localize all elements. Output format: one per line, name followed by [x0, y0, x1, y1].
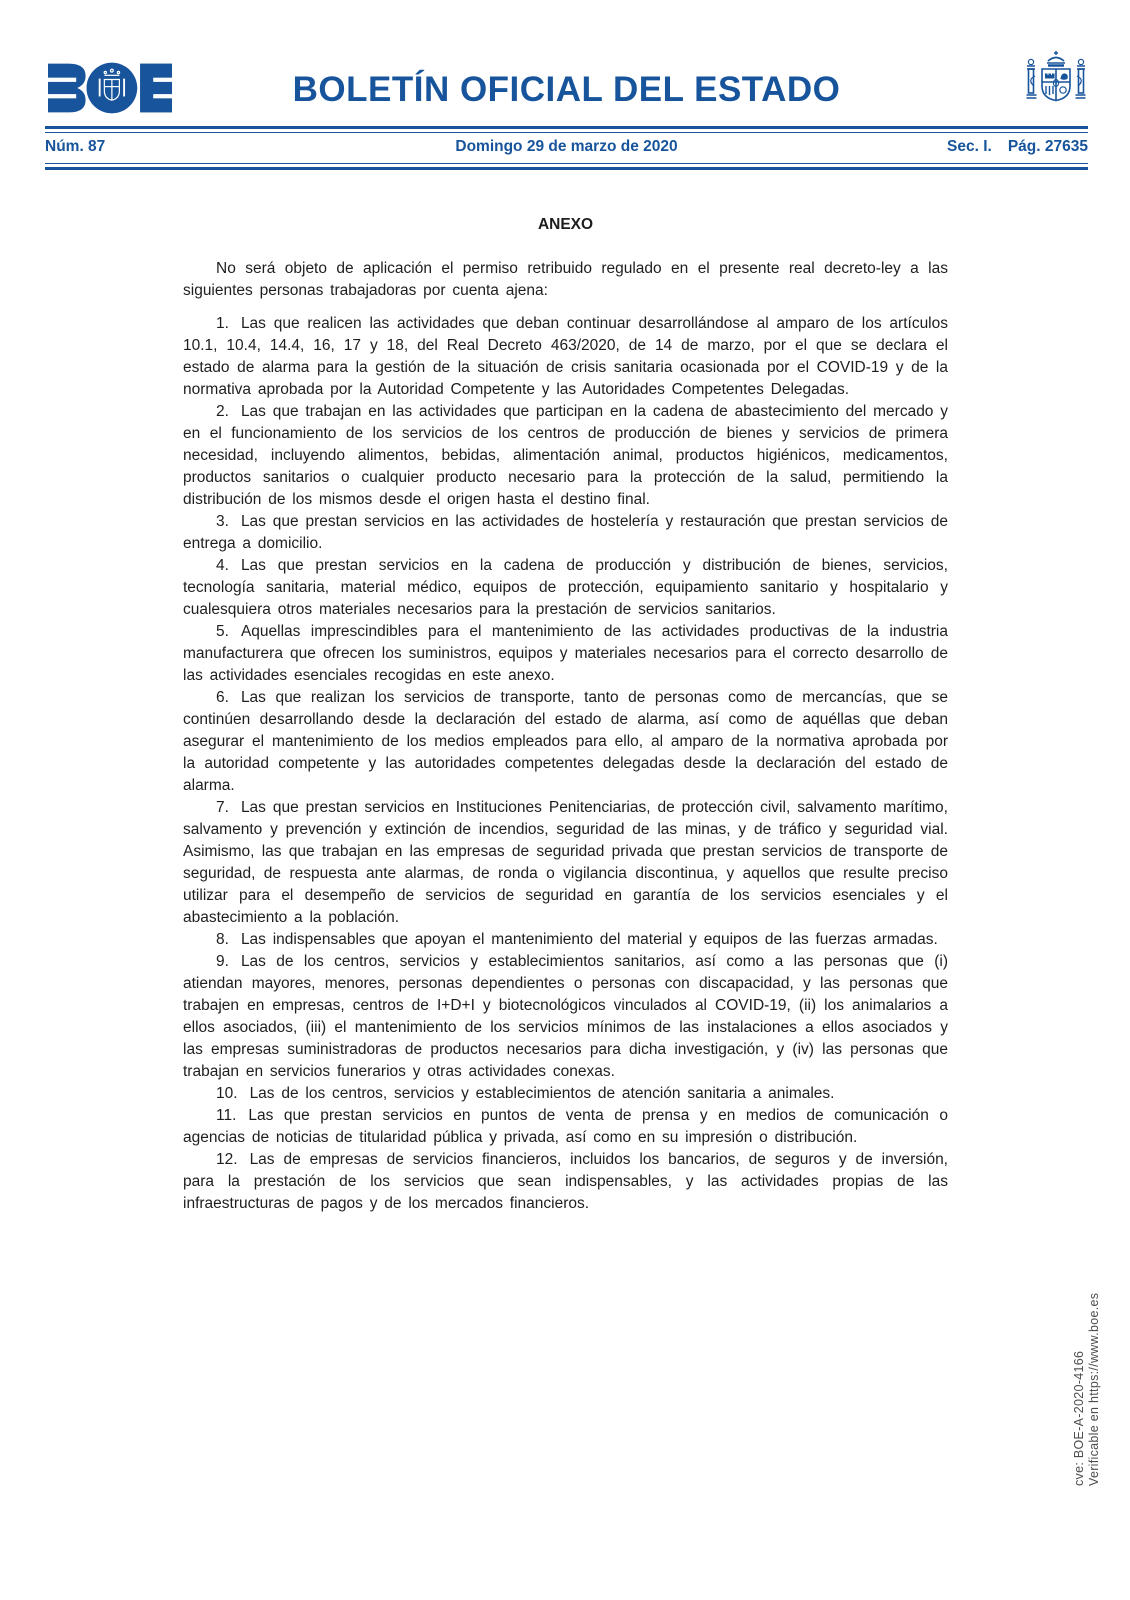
verification-url: Verificable en https://www.boe.es	[1087, 1293, 1102, 1486]
annex-item-3: 3.Las que prestan servicios en las activ…	[183, 511, 948, 555]
section-label: Sec. I.	[947, 138, 992, 155]
issue-date: Domingo 29 de marzo de 2020	[45, 138, 1088, 156]
annex-item-11: 11.Las que prestan servicios en puntos d…	[183, 1105, 948, 1149]
intro-paragraph: No será objeto de aplicación el permiso …	[183, 258, 948, 302]
annex-item-9: 9.Las de los centros, servicios y establ…	[183, 951, 948, 1083]
annex-item-2: 2.Las que trabajan en las actividades qu…	[183, 401, 948, 511]
item-text: Las que prestan servicios en la cadena d…	[183, 557, 948, 618]
annex-item-6: 6.Las que realizan los servicios de tran…	[183, 687, 948, 797]
header-rule-bottom	[45, 163, 1088, 170]
page-number: Pág. 27635	[1008, 138, 1088, 155]
item-text: Las que trabajan en las actividades que …	[183, 403, 948, 508]
cve-code: cve: BOE-A-2020-4166	[1072, 1293, 1087, 1486]
spain-coat-of-arms-icon	[1020, 50, 1092, 123]
item-number: 8.	[216, 931, 229, 948]
annex-item-8: 8.Las indispensables que apoyan el mante…	[183, 929, 948, 951]
annex-item-10: 10.Las de los centros, servicios y estab…	[183, 1083, 948, 1105]
header-rule-top	[45, 126, 1088, 133]
annex-item-1: 1.Las que realicen las actividades que d…	[183, 313, 948, 401]
item-text: Las de los centros, servicios y establec…	[183, 953, 948, 1080]
item-text: Las que realicen las actividades que deb…	[183, 315, 948, 398]
item-number: 10.	[216, 1085, 238, 1102]
boe-gazette-page: BOLETÍN OFICIAL DEL ESTADO	[0, 0, 1130, 1600]
section-page-label: Sec. I.Pág. 27635	[947, 138, 1088, 156]
cve-sidebar: cve: BOE-A-2020-4166 Verificable en http…	[1072, 1293, 1102, 1486]
item-text: Las que prestan servicios en puntos de v…	[183, 1107, 948, 1146]
item-text: Las que prestan servicios en las activid…	[183, 513, 948, 552]
item-number: 12.	[216, 1151, 238, 1168]
document-body: ANEXO No será objeto de aplicación el pe…	[183, 214, 948, 1215]
item-text: Las que prestan servicios en Institucion…	[183, 799, 948, 926]
item-number: 2.	[216, 403, 229, 420]
masthead-title: BOLETÍN OFICIAL DEL ESTADO	[45, 70, 1088, 110]
item-number: 3.	[216, 513, 229, 530]
item-number: 9.	[216, 953, 229, 970]
item-number: 11.	[216, 1107, 236, 1124]
item-text: Las indispensables que apoyan el manteni…	[241, 931, 938, 948]
item-text: Aquellas imprescindibles para el manteni…	[183, 623, 948, 684]
item-text: Las de empresas de servicios financieros…	[183, 1151, 948, 1212]
annex-item-5: 5.Aquellas imprescindibles para el mante…	[183, 621, 948, 687]
annex-item-12: 12.Las de empresas de servicios financie…	[183, 1149, 948, 1215]
annex-title: ANEXO	[183, 214, 948, 236]
annex-item-4: 4.Las que prestan servicios en la cadena…	[183, 555, 948, 621]
annex-item-7: 7.Las que prestan servicios en Instituci…	[183, 797, 948, 929]
item-number: 4.	[216, 557, 229, 574]
item-text: Las que realizan los servicios de transp…	[183, 689, 948, 794]
item-number: 6.	[216, 689, 229, 706]
item-number: 1.	[216, 315, 229, 332]
item-text: Las de los centros, servicios y establec…	[250, 1085, 835, 1102]
item-number: 5.	[216, 623, 229, 640]
item-number: 7.	[216, 799, 229, 816]
